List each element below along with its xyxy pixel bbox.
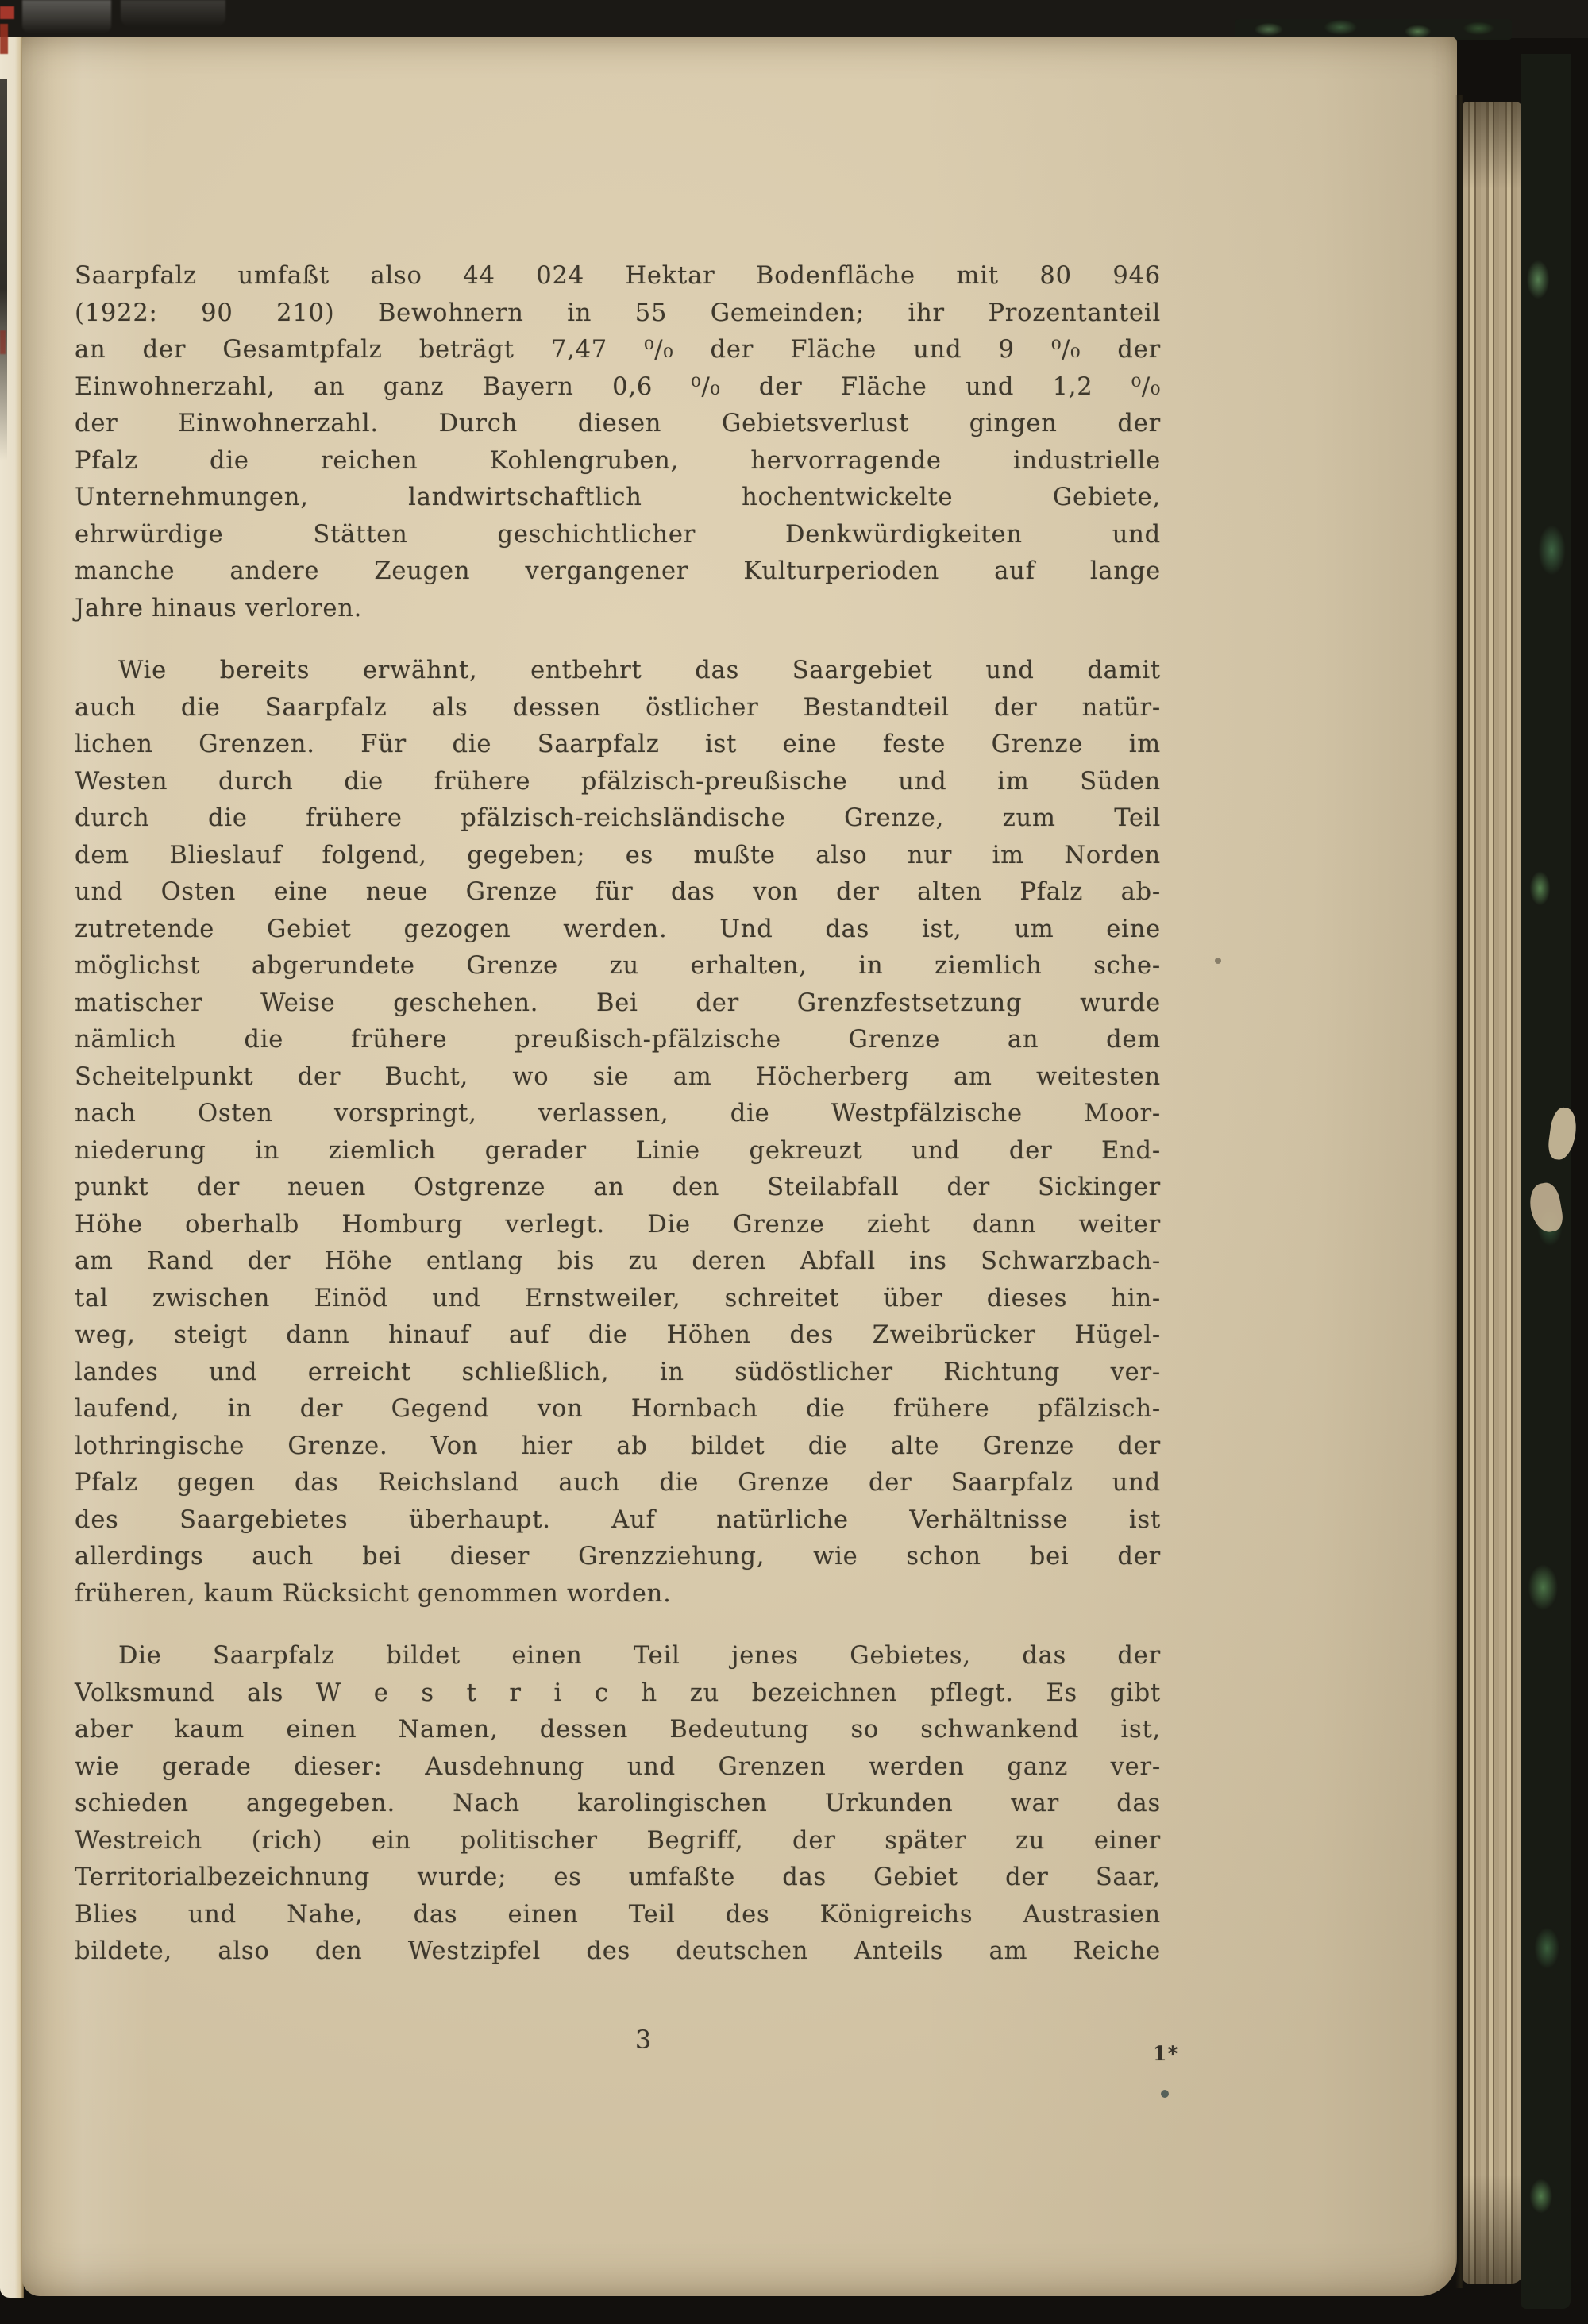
text-line: des Saargebietes überhaupt. Auf natürlic… (75, 1502, 1161, 1540)
text-line: durch die frühere pfälzisch-reichsländis… (75, 800, 1161, 838)
cover-wear-patch (1527, 1181, 1565, 1235)
text-line: allerdings auch bei dieser Grenzziehung,… (75, 1539, 1161, 1576)
text-line: auch die Saarpfalz als dessen östlicher … (75, 690, 1161, 727)
book-fore-edge-pages (1463, 102, 1523, 2284)
text-line: am Rand der Höhe entlang bis zu deren Ab… (75, 1243, 1161, 1281)
text-line: früheren, kaum Rücksicht genommen worden… (75, 1576, 1161, 1613)
text-line: schieden angegeben. Nach karolingischen … (75, 1786, 1161, 1823)
text-line: Höhe oberhalb Homburg verlegt. Die Grenz… (75, 1207, 1161, 1244)
text-line: an der Gesamtpfalz beträgt 7,47 ⁰/₀ der … (75, 332, 1161, 369)
text-line: Saarpfalz umfaßt also 44 024 Hektar Bode… (75, 258, 1161, 295)
text-line: Unternehmungen, landwirtschaftlich hoche… (75, 480, 1161, 517)
binding-shadow (0, 79, 7, 461)
text-line: tal zwischen Einöd und Ernstweiler, schr… (75, 1281, 1161, 1318)
text-line: Einwohnerzahl, an ganz Bayern 0,6 ⁰/₀ de… (75, 369, 1161, 407)
scanned-book-photo: { "page": { "number": "3", "signature_ma… (0, 0, 1588, 2324)
text-line: möglichst abgerundete Grenze zu erhalten… (75, 948, 1161, 985)
text-line: Jahre hinaus verloren. (75, 591, 1161, 628)
signature-mark: 1* (1153, 2042, 1201, 2066)
book-page: Saarpfalz umfaßt also 44 024 Hektar Bode… (22, 37, 1457, 2296)
text-line: Westreich (rich) ein politischer Begriff… (75, 1823, 1161, 1860)
text-line: nämlich die frühere preußisch-pfälzische… (75, 1022, 1161, 1059)
text-line: Blies und Nahe, das einen Teil des König… (75, 1897, 1161, 1934)
text-line: Scheitelpunkt der Bucht, wo sie am Höche… (75, 1059, 1161, 1096)
text-line: Volksmund als W e s t r i c h zu bezeich… (75, 1675, 1161, 1713)
cover-wear-streak (22, 0, 111, 33)
text-line: laufend, in der Gegend von Hornbach die … (75, 1391, 1161, 1428)
text-line: Pfalz gegen das Reichsland auch die Gren… (75, 1465, 1161, 1502)
text-line: ehrwürdige Stätten geschichtlicher Denkw… (75, 517, 1161, 554)
red-edge-mark (0, 330, 6, 354)
paper-speck (1215, 958, 1221, 964)
text-line: der Einwohnerzahl. Durch diesen Gebietsv… (75, 406, 1161, 443)
page-number: 3 (619, 2021, 667, 2058)
text-line: Westen durch die frühere pfälzisch-preuß… (75, 764, 1161, 801)
text-line: matischer Weise geschehen. Bei der Grenz… (75, 985, 1161, 1023)
text-line: Wie bereits erwähnt, entbehrt das Saarge… (75, 653, 1161, 690)
text-line: lichen Grenzen. Für die Saarpfalz ist ei… (75, 726, 1161, 764)
paragraph: Wie bereits erwähnt, entbehrt das Saarge… (75, 653, 1161, 1613)
cover-wear-patch (1547, 1106, 1579, 1162)
text-line: landes und erreicht schließlich, in südö… (75, 1355, 1161, 1392)
red-edge-mark (0, 24, 8, 54)
text-line: weg, steigt dann hinauf auf die Höhen de… (75, 1317, 1161, 1355)
text-line: zutretende Gebiet gezogen werden. Und da… (75, 911, 1161, 949)
text-line: Territorialbezeichnung wurde; es umfaßte… (75, 1860, 1161, 1897)
text-line: lothringische Grenze. Von hier ab bildet… (75, 1428, 1161, 1466)
text-line: aber kaum einen Namen, dessen Bedeutung … (75, 1712, 1161, 1749)
marbled-cover-strip (1521, 54, 1571, 2309)
paragraph: Die Saarpfalz bildet einen Teil jenes Ge… (75, 1638, 1161, 1971)
text-line: und Osten eine neue Grenze für das von d… (75, 874, 1161, 911)
text-line: nach Osten vorspringt, verlassen, die We… (75, 1096, 1161, 1133)
red-edge-mark (0, 6, 14, 19)
text-line: dem Blieslauf folgend, gegeben; es mußte… (75, 838, 1161, 875)
text-line: niederung in ziemlich gerader Linie gekr… (75, 1133, 1161, 1170)
text-line: Die Saarpfalz bildet einen Teil jenes Ge… (75, 1638, 1161, 1675)
text-line: manche andere Zeugen vergangener Kulturp… (75, 553, 1161, 591)
text-line: punkt der neuen Ostgrenze an den Steilab… (75, 1170, 1161, 1207)
cover-wear-streak (121, 0, 225, 27)
text-line: wie gerade dieser: Ausdehnung und Grenze… (75, 1749, 1161, 1786)
text-line: Pfalz die reichen Kohlengruben, hervorra… (75, 443, 1161, 480)
ink-dot (1161, 2090, 1169, 2098)
text-line: (1922: 90 210) Bewohnern in 55 Gemeinden… (75, 295, 1161, 333)
text-block: Saarpfalz umfaßt also 44 024 Hektar Bode… (75, 37, 1161, 1971)
paragraph: Saarpfalz umfaßt also 44 024 Hektar Bode… (75, 258, 1161, 627)
text-line: bildete, also den Westzipfel des deutsch… (75, 1933, 1161, 1971)
